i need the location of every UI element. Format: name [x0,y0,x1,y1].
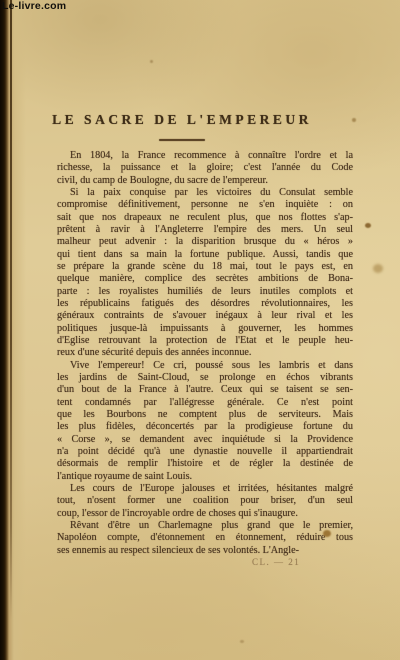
book-gutter-shadow [0,0,26,660]
text-line: coup, l'essor de l'incroyable ordre de c… [57,508,353,520]
page-edge-line [10,0,12,620]
text-line: ses ennemis au respect silencieux de ses… [57,545,353,557]
text-line: tent condamnés par l'allégresse générale… [57,397,353,409]
chapter-title: LE SACRE DE L'EMPEREUR [34,112,330,128]
text-line: l'antique royaume de saint Louis. [57,471,353,483]
paragraph: Si la paix conquise par les victoires du… [57,187,353,360]
text-line: que les Bourbons ne comptent plus de ser… [57,409,353,421]
text-line: Rêvant d'être un Charlemagne plus grand … [57,520,353,532]
text-line: parte : les royalistes humiliés de leurs… [57,286,353,298]
text-line: généraux contraints de s'avouer inégaux … [57,310,353,322]
text-line: qui tient dans sa main la fortune publiq… [57,249,353,261]
text-line: En 1804, la France recommence à connaîtr… [57,150,353,162]
text-line: d'un bout de la France à l'autre. Ceux q… [57,384,353,396]
chapter-heading-block: LE SACRE DE L'EMPEREUR [34,112,330,141]
foxing-spot [150,60,153,63]
text-line: prêtent à ravir à l'Angleterre l'empire … [57,224,353,236]
printer-signature-mark: CL. — 21 [252,557,300,567]
text-line: « Corse », se demandent avec inquiétude … [57,434,353,446]
text-line: les républicains fatigués des désordres … [57,298,353,310]
text-line: désormais de remplir l'histoire et de ré… [57,458,353,470]
text-line: Les cours de l'Europe jalouses et irrité… [57,483,353,495]
text-line: tout, n'osent former une coalition pour … [57,495,353,507]
foxing-spot [240,640,244,643]
page-content: LE SACRE DE L'EMPEREUR En 1804, la Franc… [57,112,353,557]
text-line: compromise définitivement, personne ne s… [57,199,353,211]
text-line: d'Eglise retrouvant la protection de l'E… [57,335,353,347]
text-line: reux d'une sécurité depuis des années in… [57,347,353,359]
text-line: sait que nos drapeaux ne reculent plus, … [57,212,353,224]
title-divider-rule [159,139,205,141]
text-line: politiques jusque-là impuissants à gouve… [57,323,353,335]
paragraph: En 1804, la France recommence à connaîtr… [57,150,353,187]
foxing-spot [365,223,371,228]
site-watermark: Le-livre.com [2,0,66,12]
scanned-book-page: Le-livre.com LE SACRE DE L'EMPEREUR En 1… [0,0,400,660]
text-line: se prépare la grande scène du 18 mai, to… [57,261,353,273]
text-line: quelque manière, complice des secrètes a… [57,273,353,285]
text-line: Si la paix conquise par les victoires du… [57,187,353,199]
text-line: Vive l'empereur! Ce cri, poussé sous les… [57,360,353,372]
paragraph: Les cours de l'Europe jalouses et irrité… [57,483,353,520]
foxing-spot [373,264,383,273]
text-line: Napoléon compte, d'étonnement en étonnem… [57,532,353,544]
text-line: civil, du camp de Boulogne, du sacre de … [57,175,353,187]
paragraph: Rêvant d'être un Charlemagne plus grand … [57,520,353,557]
text-line: les plus fidèles, déconcertés par la pro… [57,421,353,433]
text-line: n'a point décidé qu'à une dynastie nouve… [57,446,353,458]
page-body: En 1804, la France recommence à connaîtr… [57,150,353,557]
text-line: richesse, la puissance et la gloire; c'e… [57,162,353,174]
paragraph: Vive l'empereur! Ce cri, poussé sous les… [57,360,353,483]
text-line: les jardins de Saint-Cloud, se prolonge … [57,372,353,384]
text-line: malheur peut advenir : la disparition br… [57,236,353,248]
